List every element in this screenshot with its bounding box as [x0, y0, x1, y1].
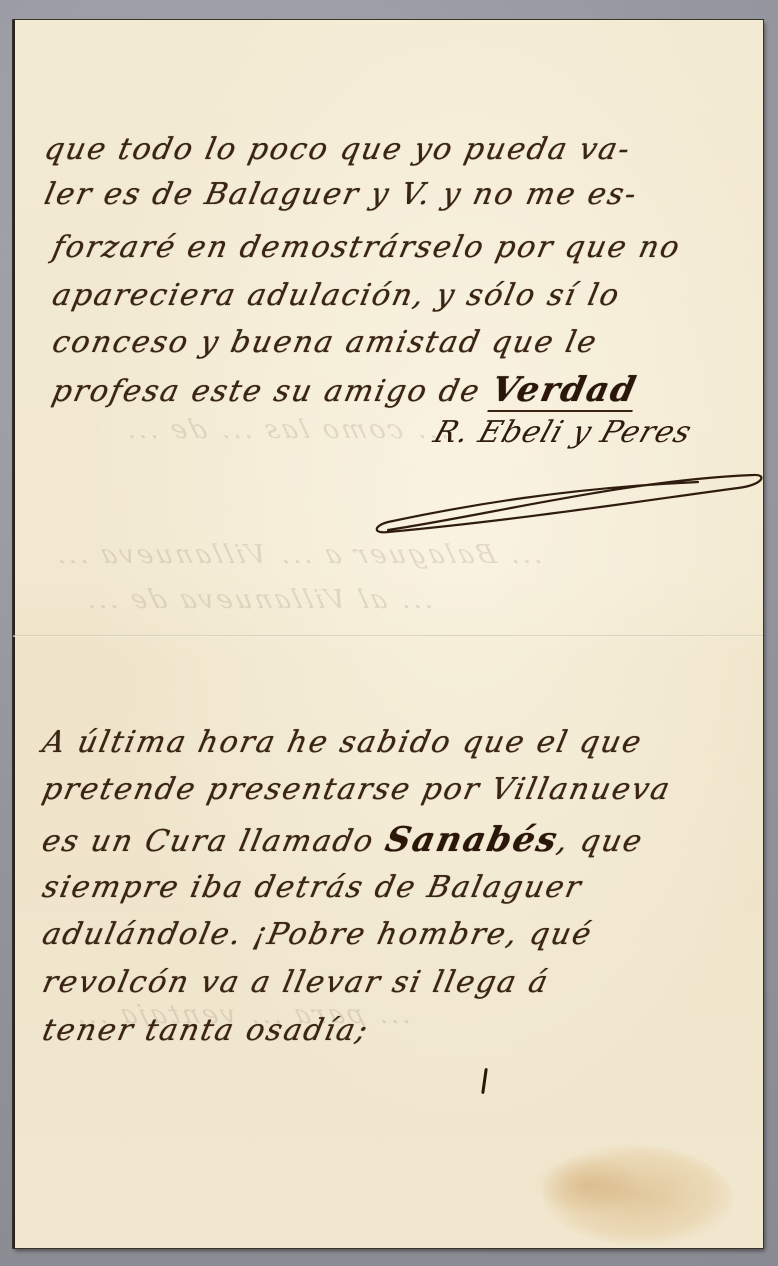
postscript-line: es un Cura llamado Sanabés, que	[39, 820, 648, 860]
water-stain	[533, 1155, 643, 1215]
postscript-line-text: es un Cura llamado	[39, 824, 378, 859]
letter-line: conceso y buena amistad que le	[49, 325, 601, 360]
paper-edge-shadow	[13, 20, 15, 1248]
emphasized-word-verdad: Verdad	[488, 370, 641, 412]
signature: R. Ebeli y Peres	[429, 415, 696, 450]
ink-stroke-mark	[481, 1068, 488, 1094]
emphasized-name-sanabes: Sanabés	[382, 820, 562, 860]
postscript-line: revolcón va a llevar si llega á	[39, 965, 552, 1000]
bleed-through-text: ... al Villanueva de ...	[79, 585, 435, 615]
letter-line: profesa este su amigo de Verdad	[49, 370, 641, 410]
letter-page: ... como las ... de ... ... Balaguer a .…	[13, 20, 763, 1248]
letter-line: que todo lo poco que yo pueda va-	[41, 132, 634, 167]
postscript-line-tail: , que	[554, 824, 647, 859]
bleed-through-text: ... como las ... de ...	[119, 415, 451, 445]
letter-line-text: profesa este su amigo de	[49, 374, 484, 409]
postscript-line: adulándole. ¡Pobre hombre, qué	[39, 917, 596, 952]
signature-flourish-icon	[368, 460, 768, 540]
postscript-line: A última hora he sabido que el que	[39, 725, 646, 760]
letter-line: ler es de Balaguer y V. y no me es-	[41, 177, 641, 212]
postscript-line: pretende presentarse por Villanueva	[39, 772, 674, 807]
letter-line: apareciera adulación, y sólo sí lo	[49, 278, 623, 313]
postscript-line: tener tanta osadía;	[39, 1013, 372, 1048]
paper-fold-line	[13, 635, 763, 637]
postscript-line: siempre iba detrás de Balaguer	[39, 870, 585, 905]
bleed-through-text: ... Balaguer a ... Villanueva ...	[49, 540, 545, 570]
letter-line: forzaré en demostrárselo por que no	[49, 230, 684, 265]
